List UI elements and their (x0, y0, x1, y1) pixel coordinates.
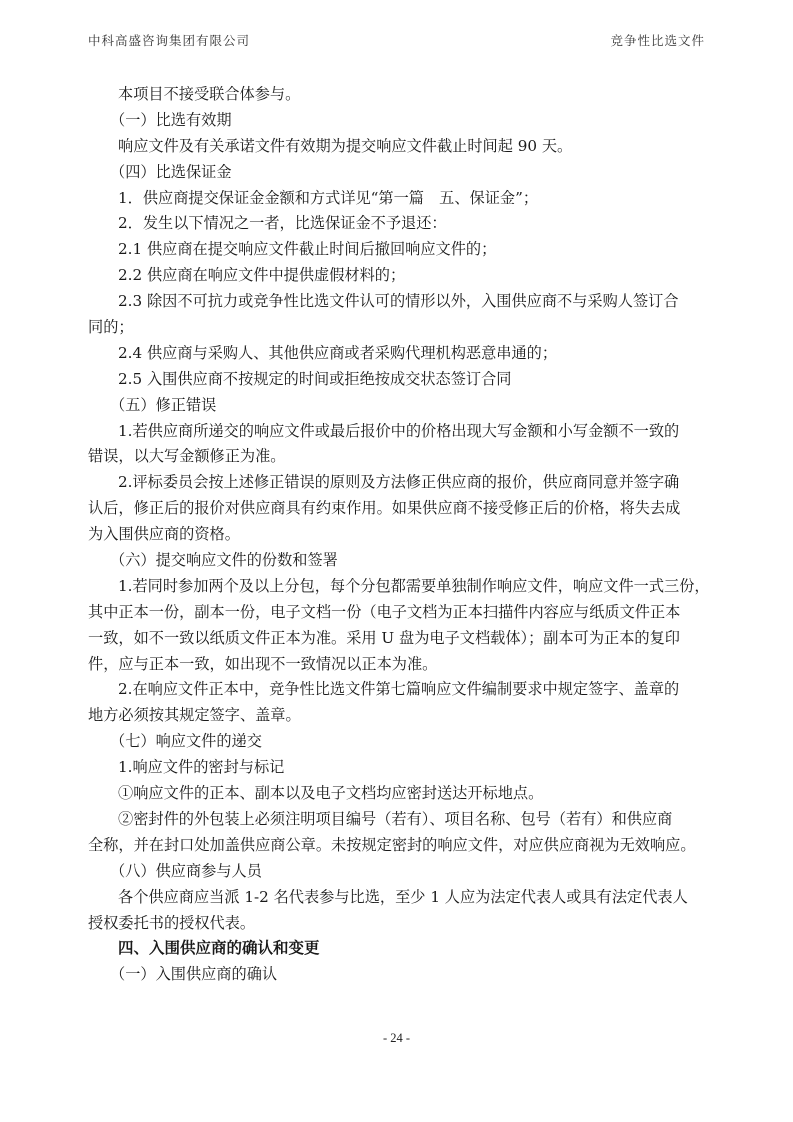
section-heading: （六）提交响应文件的份数和签署 (110, 548, 706, 574)
paragraph-line: 1.若同时参加两个及以上分包，每个分包都需要单独制作响应文件，响应文件一式三份， (118, 574, 706, 600)
paragraph-line: 2.1 供应商在提交响应文件截止时间后撤回响应文件的； (118, 237, 706, 263)
paragraph-line: 为入围供应商的资格。 (88, 522, 706, 548)
paragraph-line: 地方必须按其规定签字、盖章。 (88, 703, 706, 729)
page-number: - 24 - (0, 1031, 793, 1046)
paragraph-line: 2．发生以下情况之一者，比选保证金不予退还： (118, 211, 706, 237)
paragraph-line: 2.4 供应商与采购人、其他供应商或者采购代理机构恶意串通的； (118, 341, 706, 367)
paragraph-line: 1.响应文件的密封与标记 (118, 755, 706, 781)
document-body: 本项目不接受联合体参与。 （一）比选有效期 响应文件及有关承诺文件有效期为提交响… (118, 82, 706, 988)
paragraph-line: 1．供应商提交保证金金额和方式详见“第一篇 五、保证金”； (118, 186, 706, 212)
paragraph-line: 本项目不接受联合体参与。 (118, 82, 706, 108)
paragraph-line: 授权委托书的授权代表。 (88, 911, 706, 937)
paragraph-line: 件，应与正本一致，如出现不一致情况以正本为准。 (88, 652, 706, 678)
chapter-heading: 四、入围供应商的确认和变更 (118, 936, 706, 962)
paragraph-line: 同的； (88, 315, 706, 341)
paragraph-line: 响应文件及有关承诺文件有效期为提交响应文件截止时间起 90 天。 (118, 134, 706, 160)
paragraph-line: 1.若供应商所递交的响应文件或最后报价中的价格出现大写金额和小写金额不一致的 (118, 419, 706, 445)
section-heading: （一）比选有效期 (110, 108, 706, 134)
header-document-title: 竞争性比选文件 (610, 31, 705, 49)
header-company-name: 中科高盛咨询集团有限公司 (88, 31, 250, 49)
section-heading: （七）响应文件的递交 (110, 729, 706, 755)
section-heading: （一）入围供应商的确认 (110, 962, 706, 988)
section-heading: （四）比选保证金 (110, 160, 706, 186)
paragraph-line: 认后，修正后的报价对供应商具有约束作用。如果供应商不接受修正后的价格，将失去成 (88, 496, 706, 522)
paragraph-line: 错误，以大写金额修正为准。 (88, 444, 706, 470)
paragraph-line: ②密封件的外包装上必须注明项目编号（若有）、项目名称、包号（若有）和供应商 (118, 807, 706, 833)
paragraph-line: ①响应文件的正本、副本以及电子文档均应密封送达开标地点。 (118, 781, 706, 807)
paragraph-line: 2.3 除因不可抗力或竞争性比选文件认可的情形以外，入围供应商不与采购人签订合 (118, 289, 706, 315)
paragraph-line: 各个供应商应当派 1-2 名代表参与比选，至少 1 人应为法定代表人或具有法定代… (118, 885, 706, 911)
paragraph-line: 2.评标委员会按上述修正错误的原则及方法修正供应商的报价，供应商同意并签字确 (118, 470, 706, 496)
section-heading: （五）修正错误 (110, 393, 706, 419)
paragraph-line: 2.5 入围供应商不按规定的时间或拒绝按成交状态签订合同 (118, 367, 706, 393)
paragraph-line: 一致，如不一致以纸质文件正本为准。采用 U 盘为电子文档载体）；副本可为正本的复… (88, 626, 706, 652)
paragraph-line: 全称，并在封口处加盖供应商公章。未按规定密封的响应文件，对应供应商视为无效响应。 (88, 833, 706, 859)
paragraph-line: 2.在响应文件正本中，竞争性比选文件第七篇响应文件编制要求中规定签字、盖章的 (118, 677, 706, 703)
paragraph-line: 2.2 供应商在响应文件中提供虚假材料的； (118, 263, 706, 289)
section-heading: （八）供应商参与人员 (110, 859, 706, 885)
page-header: 中科高盛咨询集团有限公司 竞争性比选文件 (88, 31, 705, 51)
paragraph-line: 其中正本一份，副本一份，电子文档一份（电子文档为正本扫描件内容应与纸质文件正本 (88, 600, 706, 626)
